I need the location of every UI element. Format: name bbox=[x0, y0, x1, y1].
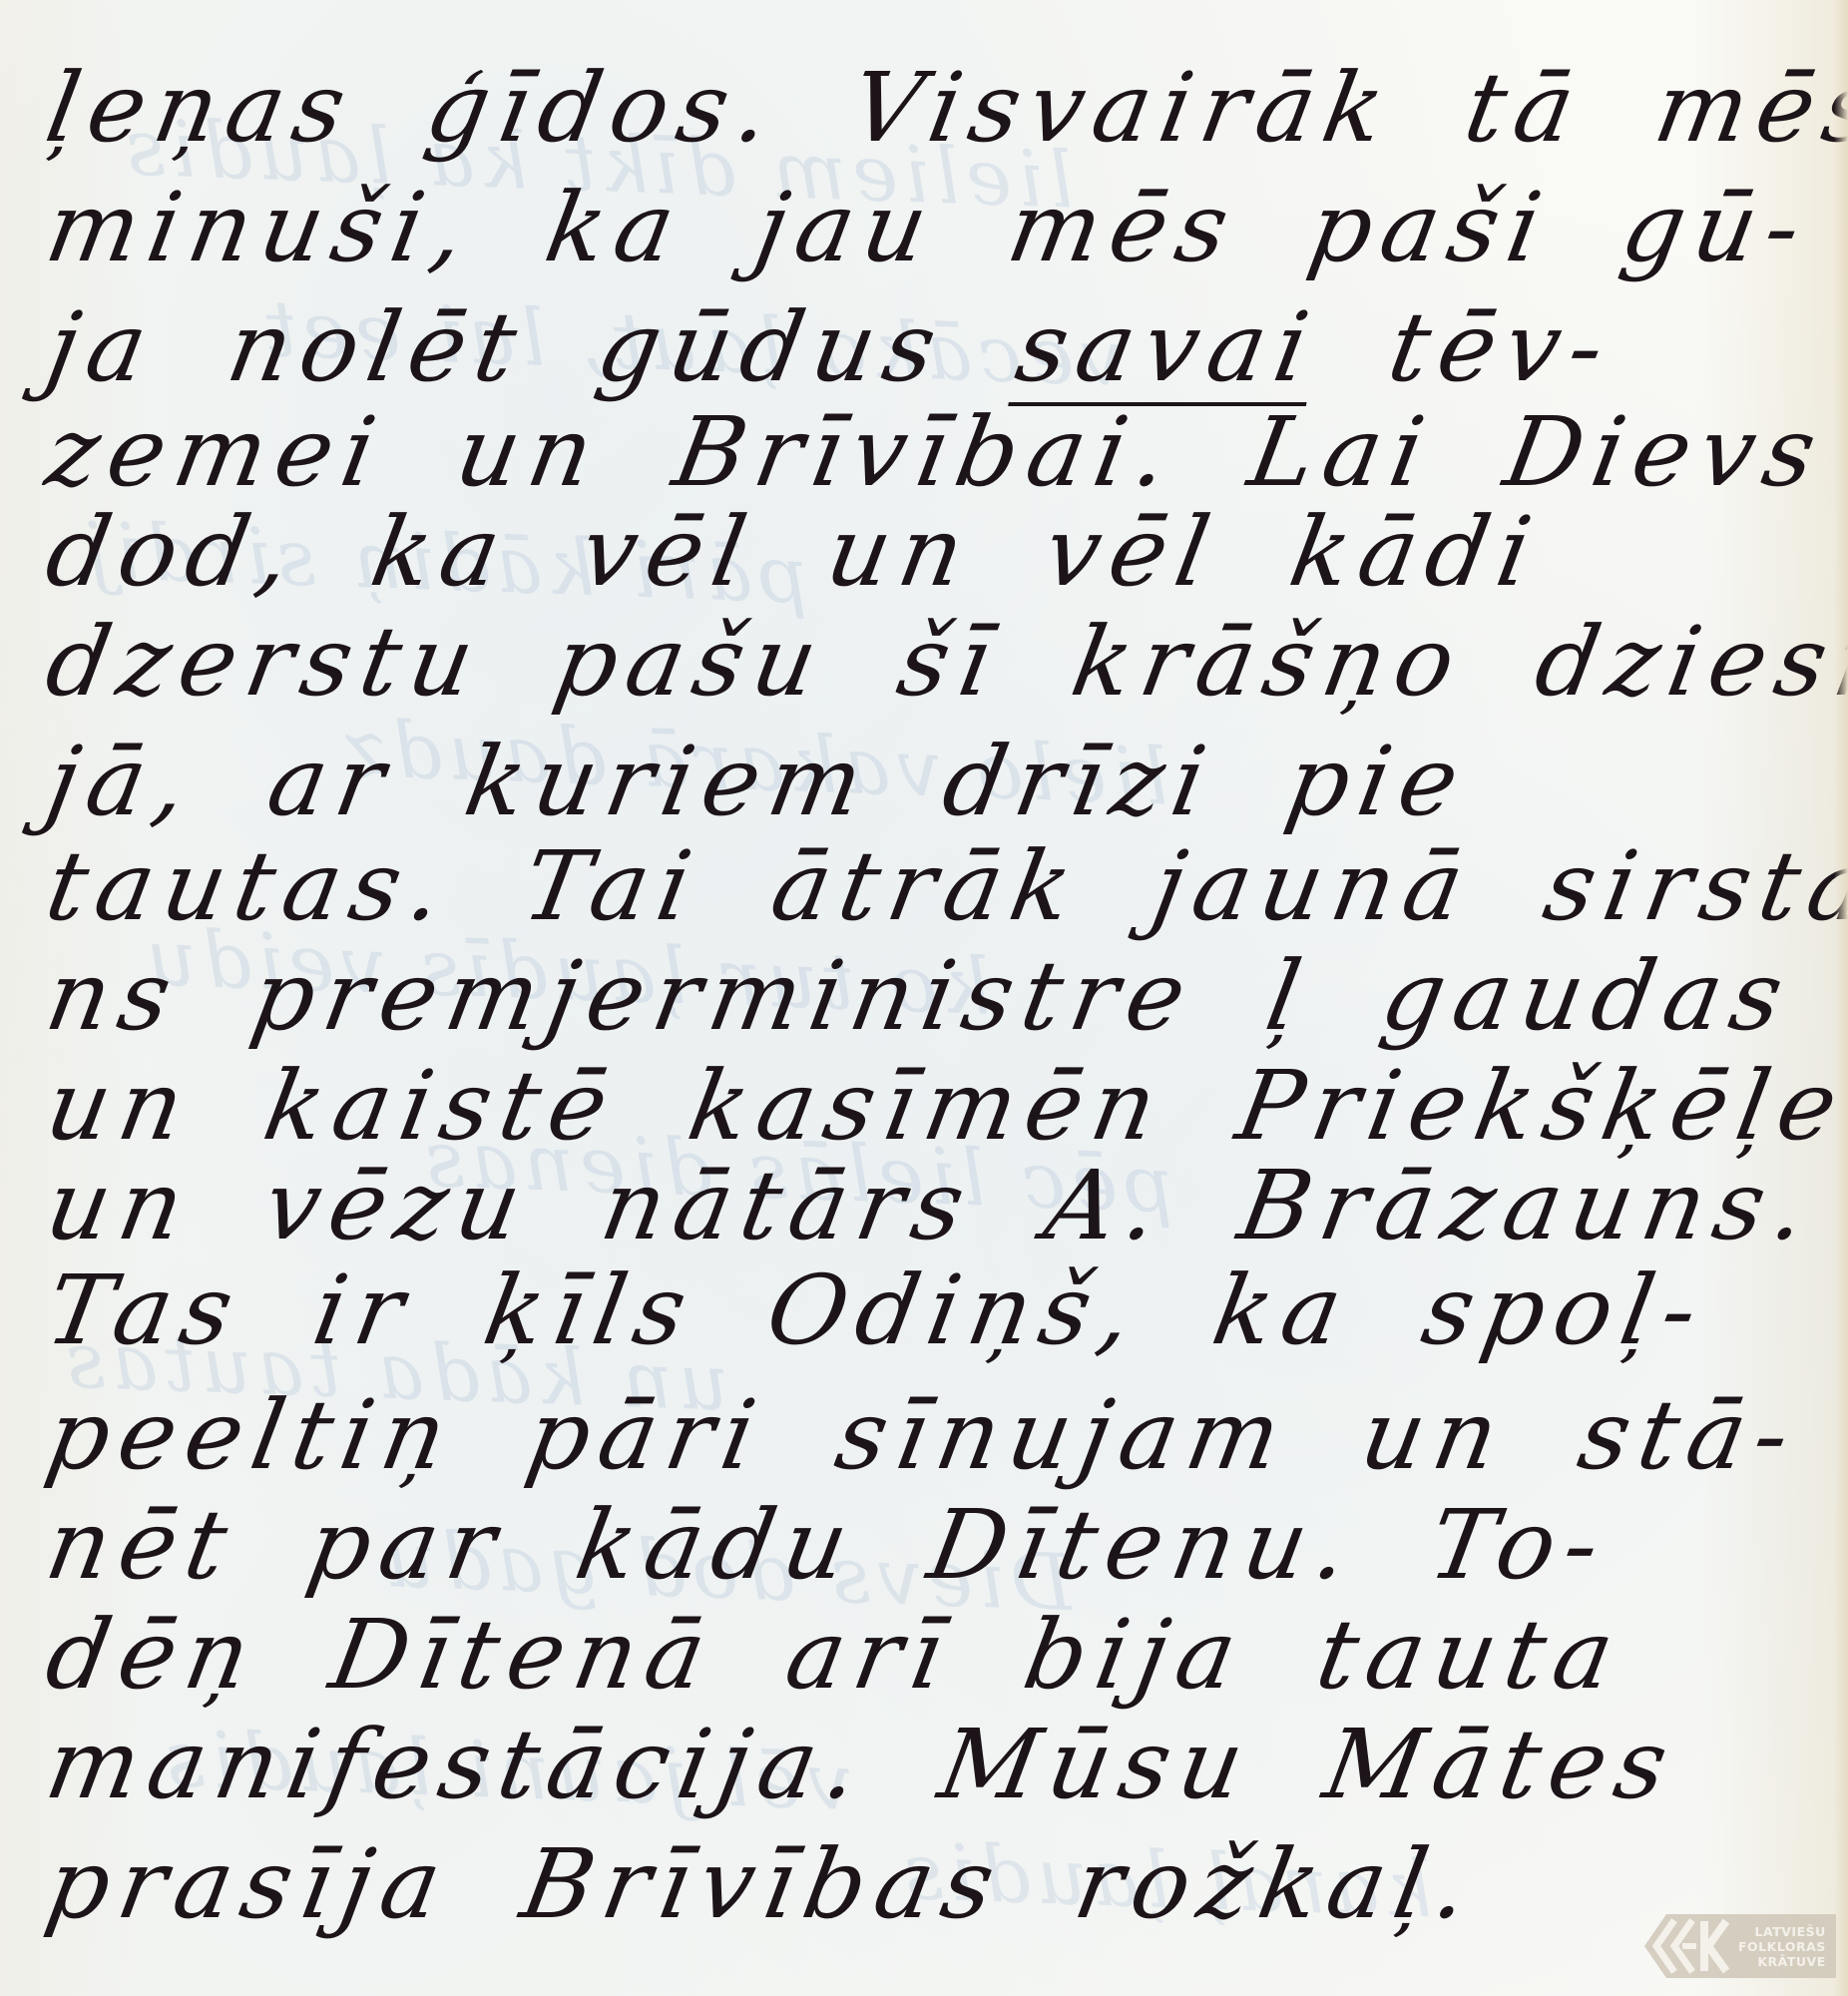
logo-line: KRĀTUVE bbox=[1738, 1954, 1826, 1969]
handwritten-line: prasīja Brīvības rožkaļ. bbox=[40, 1836, 1485, 1932]
lfk-watermark-logo: LATVIEŠU FOLKLORAS KRĀTUVE bbox=[1644, 1914, 1836, 1978]
handwritten-line: ja nolēt gūdus savai tēv- bbox=[40, 299, 1620, 395]
lfk-logo-icon bbox=[1652, 1917, 1732, 1975]
handwritten-line: peeltiņ pāri sīnujam un stā- bbox=[40, 1387, 1806, 1483]
handwritten-fragment: ja nolēt gūdus bbox=[39, 291, 1029, 403]
handwritten-line: dēņ Dītenā arī bija tauta bbox=[40, 1607, 1630, 1703]
handwritten-line: nēt par kādu Dītenu. To- bbox=[40, 1497, 1617, 1593]
handwritten-line: minuši, ka jau mēs paši gū- bbox=[40, 180, 1817, 275]
handwritten-line: jā, ar kuriem drīzi pie bbox=[40, 734, 1475, 829]
logo-line: FOLKLORAS bbox=[1738, 1939, 1826, 1954]
manuscript-page: lieliem dīkt ka ļaudis vecāko ļaut, lai … bbox=[0, 0, 1848, 1996]
handwritten-line: Tas ir ķīls Odiņš, ka spoļ- bbox=[40, 1262, 1714, 1358]
handwritten-line: ns premjerministre ļ gaudas bbox=[40, 948, 1799, 1044]
handwritten-line: zemei un Brīvībai. Lai Dievs bbox=[40, 404, 1832, 500]
handwritten-text-block: ļeņas ģīdos. Visvairāk tā mēs bij- minuš… bbox=[0, 0, 1848, 1996]
underlined-word: savai bbox=[1009, 291, 1326, 403]
handwritten-line: manifestācija. Mūsu Mātes bbox=[40, 1717, 1684, 1812]
handwritten-fragment: tēv- bbox=[1306, 291, 1621, 403]
logo-wordmark: LATVIEŠU FOLKLORAS KRĀTUVE bbox=[1738, 1924, 1826, 1969]
handwritten-line: un vēzu nātārs A. Brāzauns. bbox=[40, 1158, 1823, 1253]
logo-line: LATVIEŠU bbox=[1738, 1924, 1826, 1939]
handwritten-line: dzerstu pašu šī krāšņo dziesmā- bbox=[40, 614, 1848, 710]
handwritten-line: ļeņas ģīdos. Visvairāk tā mēs bij- bbox=[40, 60, 1848, 156]
handwritten-line: un kaistē kasīmēn Priekšķēļe. bbox=[40, 1058, 1848, 1154]
page-binding-edge bbox=[1834, 0, 1848, 1996]
handwritten-line: dod, ka vēl un vēl kādi bbox=[40, 504, 1548, 600]
handwritten-line: tautas. Tai ātrāk jaunā sirsta- bbox=[40, 838, 1848, 934]
